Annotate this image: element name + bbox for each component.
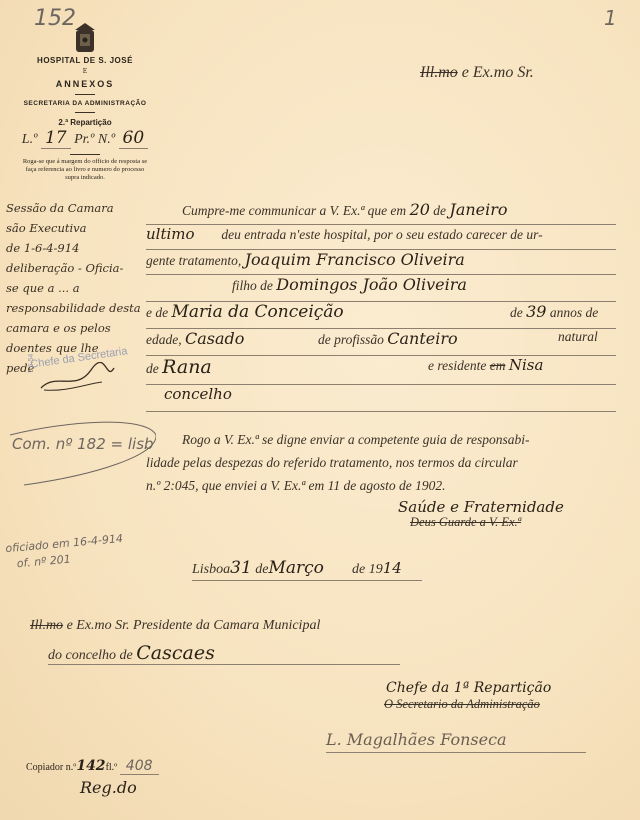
mother-name: Maria da Conceição [171,302,343,322]
ampersand: E [20,68,150,75]
residence: Nisa [509,356,544,374]
profession: Canteiro [387,329,457,348]
circled-note-text: Com. nº 182 = lisb [12,435,154,453]
body-line: edade, Casado de profissão Canteiro natu… [146,329,616,356]
body-line: lidade pelas despezas do referido tratam… [146,451,626,474]
text: de profissão [318,332,384,347]
text: natural [558,329,598,345]
city: Lisboa [192,562,230,577]
folio-label: fl.º [106,762,118,773]
salutation-struck: Ill.mo [420,64,458,81]
copiador-value: 142 [76,758,105,774]
oficiado-note: oficiado em 16-4-914 of. nº 201 [5,531,125,573]
body-line: e de Maria da Conceição de 39 annos de [146,302,616,329]
body-line: ultimo deu entrada n'este hospital, por … [146,225,616,250]
municipality: Cascaes [136,642,215,664]
struck-text: em [490,358,506,373]
copiador-label: Copiador n.º [26,762,76,773]
salutation: Ill.mo e Ex.mo Sr. [420,64,534,82]
ultimo: ultimo [146,225,218,243]
note-line: deliberação - Oficia- [6,258,156,278]
reparticao-label: 2.ª Repartição [20,118,150,127]
hospital-name: HOSPITAL DE S. JOSÉ [20,56,150,65]
text: de [510,305,523,320]
secretaria-label: SECRETARIA DA ADMINISTRAÇÃO [20,100,150,107]
residence-concelho: concelho [164,385,232,403]
note-line: de 1-6-4-914 [6,238,156,258]
body-paragraph-1: Cumpre-me communicar a V. Ex.ª que em 20… [146,200,616,412]
note-line: camara e os pelos [6,318,156,338]
civil-status: Casado [185,329,244,348]
dateline: Lisboa31 deMarço de 1914 [192,558,422,581]
signature-scribble-icon [36,362,116,394]
livro-value: 17 [41,128,71,149]
body-line: Cumpre-me communicar a V. Ex.ª que em 20… [146,200,616,225]
text: Cumpre-me communicar a V. Ex.ª que em [182,203,406,218]
year-prefix: 19 [369,562,383,577]
text: e de [146,305,168,320]
birthplace: Rana [162,356,212,378]
registo-mark: Reg.do [80,778,137,797]
body-line: gente tratamento, Joaquim Francisco Oliv… [146,250,616,275]
signer-title-struck: O Secretario da Administração [384,697,540,712]
note-line: são Executiva [6,218,156,238]
closing-handwritten: Saúde e Fraternidade [398,498,564,516]
patient-name: Joaquim Francisco Oliveira [245,250,465,269]
body-line: concelho [146,385,616,412]
body-line: n.º 2:045, que enviei a V. Ex.ª em 11 de… [146,474,626,497]
annexos-label: ANNEXOS [20,79,150,89]
addressee-struck: Ill.mo [30,618,63,633]
text: de [146,361,159,376]
note-line: se que a ... a [6,278,156,298]
age-value: 39 [526,302,546,321]
coat-of-arms-icon [70,22,100,56]
salutation-text: e Ex.mo Sr. [462,64,534,81]
text: edade, [146,332,182,347]
circled-note: Com. nº 182 = lisb [6,415,156,487]
admission-day: 20 [410,200,430,219]
signer-title-handwritten: Chefe da 1ª Repartição [386,680,551,696]
addressee: Ill.mo e Ex.mo Sr. Presidente da Camara … [30,618,320,634]
document-page: 152 1 HOSPITAL DE S. JOSÉ E ANNEXOS SECR… [0,0,640,820]
copiador-line: Copiador n.º142fl.º 408 [26,758,159,774]
text: do concelho de [48,648,133,663]
year-suffix: 14 [383,559,402,577]
father-name: Domingos João Oliveira [276,275,467,294]
date-month: Março [268,558,348,578]
text: de [255,562,268,577]
addressee-line2: do concelho de Cascaes [48,642,400,665]
note-line: Sessão da Camara [6,198,156,218]
closing-printed-struck: Deus Guarde a V. Ex.ª [410,515,521,530]
livro-processo-line: L.º 17 Pr.º N.º 60 [20,128,150,148]
addressee-line1: e Ex.mo Sr. Presidente da Camara Municip… [67,618,321,633]
text: filho de [232,278,273,293]
processo-value: 60 [119,128,149,149]
body-paragraph-2: Rogo a V. Ex.ª se digne enviar a compete… [146,428,626,497]
reference-notice: Roga-se que á margem do officio de respo… [20,158,150,182]
signature-name: L. Magalhães Fonseca [326,730,586,753]
livro-label: L.º [22,132,38,147]
page-number: 1 [604,6,617,30]
text: gente tratamento, [146,253,241,268]
body-line: Rogo a V. Ex.ª se digne enviar a compete… [146,428,626,451]
date-day: 31 [230,558,252,578]
admission-month: Janeiro [449,200,507,219]
processo-label: Pr.º N.º [74,132,115,147]
text: de [352,562,365,577]
body-line: filho de Domingos João Oliveira [146,275,616,302]
text: annos de [550,305,598,320]
letterhead: HOSPITAL DE S. JOSÉ E ANNEXOS SECRETARIA… [20,22,150,182]
folio-value: 408 [120,758,159,775]
text: de [433,203,446,218]
stamp-code: 7.6.54 [28,354,35,373]
text: deu entrada n'este hospital, por o seu e… [221,227,542,242]
text: e residente [428,358,486,373]
note-line: responsabilidade desta [6,298,156,318]
body-line: de Rana e residente em Nisa [146,356,616,385]
